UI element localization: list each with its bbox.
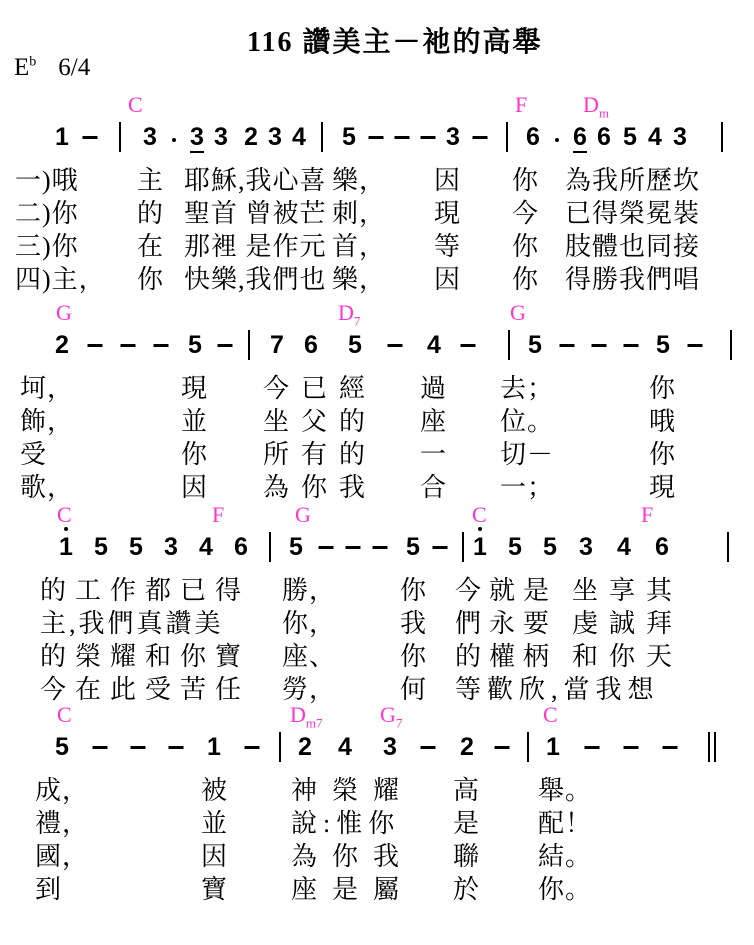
barline — [269, 532, 271, 562]
note-number: 5 — [623, 123, 637, 151]
lyric-row: 四)主，你快樂,我們也樂，因你得勝我們唱 — [0, 265, 754, 298]
lyric-token: 今在此受苦任 — [40, 675, 250, 705]
note-number: 3 — [446, 123, 460, 151]
sustain-dash — [433, 546, 448, 549]
note-number: 3 — [579, 533, 593, 561]
note-number: 5 — [55, 733, 69, 761]
sustain-dash — [461, 344, 476, 347]
lyric-token: 主,我們真讚美 — [40, 609, 224, 639]
sustain-dash — [346, 546, 361, 549]
lyric-token: 舉。 — [538, 776, 592, 806]
lyric-row: 今在此受苦任勞，何等歡欣,當我想 — [0, 675, 754, 708]
lyric-token: 耶穌,我心喜 — [184, 166, 327, 196]
barline — [279, 732, 281, 762]
chord-label: C — [543, 702, 558, 728]
lyric-token: 配！ — [538, 809, 592, 839]
lyric-token: 聖首 曾被芒 — [184, 199, 327, 229]
lyric-token: 合 — [420, 473, 447, 503]
chord-label: F — [212, 502, 224, 528]
note-number: 7 — [270, 331, 284, 359]
barline — [527, 732, 529, 762]
key-signature: Eb6/4 — [14, 54, 90, 82]
lyric-token: 過 — [420, 374, 447, 404]
chord-label: G7 — [380, 702, 402, 729]
lyric-token: 你 — [181, 440, 208, 470]
sustain-dash — [395, 136, 410, 139]
chord-label: Dm7 — [290, 702, 323, 729]
lyric-token: 已得榮冕裝 — [565, 199, 700, 229]
note-number: 6 — [234, 533, 248, 561]
note-number: 4 — [292, 123, 306, 151]
lyric-token: 並 — [201, 809, 228, 839]
chord-label: G — [510, 300, 526, 326]
lyric-token: 一)哦 — [15, 166, 79, 196]
notation-line: 25765455 — [0, 328, 754, 364]
dot-note — [555, 138, 559, 142]
lyric-token: 二)你 — [15, 199, 79, 229]
lyric-token: 國， — [35, 842, 89, 872]
lyric-token: 勝， — [282, 576, 336, 606]
note-number: 5 — [188, 331, 202, 359]
lyric-row: 到寶座是屬於你。 — [0, 875, 754, 908]
barline — [508, 330, 510, 360]
lyric-token: 勞， — [282, 675, 336, 705]
dot-note — [172, 138, 176, 142]
lyric-token: 你 — [512, 166, 539, 196]
chord-label: D7 — [338, 300, 360, 327]
lyric-token: 等 — [434, 232, 461, 262]
chord-label: F — [515, 92, 527, 118]
sustain-dash — [592, 344, 607, 347]
lyric-token: 我 — [400, 609, 427, 639]
lyric-token: 結。 — [538, 842, 592, 872]
sustain-dash — [218, 344, 233, 347]
chord-label: C — [57, 702, 72, 728]
final-double-barline — [708, 732, 716, 762]
sustain-dash — [369, 136, 384, 139]
lyric-token: 等歡欣,當我想 — [455, 675, 660, 705]
lyric-token: 樂， — [332, 166, 386, 196]
note-number: 3 — [383, 733, 397, 761]
note-number: 4 — [338, 733, 352, 761]
chord-suffix: 7 — [396, 715, 403, 730]
sustain-dash — [388, 344, 403, 347]
note-number: 5 — [342, 123, 356, 151]
note-number: 2 — [244, 123, 258, 151]
octave-dot — [64, 527, 68, 531]
lyric-token: 的 — [137, 199, 164, 229]
lyric-token: 的權柄 — [455, 642, 557, 672]
lyric-token: 被 — [201, 776, 228, 806]
lyric-token: 快樂,我們也 — [184, 265, 327, 295]
note-number: 3 — [673, 123, 687, 151]
lyric-token: 寶 — [201, 875, 228, 905]
lyric-token: 你 — [649, 440, 676, 470]
lyric-token: 現 — [434, 199, 461, 229]
lyric-token: 你 — [512, 265, 539, 295]
chord-label: F — [641, 502, 653, 528]
note-number: 6 — [573, 123, 587, 153]
lyric-token: 去； — [500, 374, 554, 404]
lyric-row: 的榮耀和你寶座、你的權柄和你天 — [0, 642, 754, 675]
notation-line: 133323453666543 — [0, 120, 754, 156]
chord-label: Dm — [583, 92, 609, 119]
lyric-token: 於 — [453, 875, 480, 905]
note-number: 5 — [129, 533, 143, 561]
lyric-token: 你 — [137, 265, 164, 295]
hymn-title: 116 讚美主－祂的高舉 — [247, 20, 542, 60]
lyric-token: 三)你 — [15, 232, 79, 262]
lyric-token: 四)主， — [15, 265, 106, 295]
sustain-dash — [495, 746, 510, 749]
lyric-token: 在 — [137, 232, 164, 262]
chord-label: C — [57, 502, 72, 528]
note-number: 5 — [508, 533, 522, 561]
lyric-token: 主 — [137, 166, 164, 196]
note-number: 3 — [268, 123, 282, 151]
sustain-dash — [688, 344, 703, 347]
lyric-row: 國，因為你我聯結。 — [0, 842, 754, 875]
lyric-token: 首， — [332, 232, 386, 262]
lyric-token: 切－ — [500, 440, 554, 470]
lyric-row: 坷，現今已經過去；你 — [0, 374, 754, 407]
note-number: 2 — [460, 733, 474, 761]
sustain-dash — [473, 136, 488, 139]
chord-suffix: 7 — [354, 313, 361, 328]
lyric-token: 一； — [500, 473, 554, 503]
lyric-token: 禮， — [35, 809, 89, 839]
sustain-dash — [88, 344, 103, 347]
note-number: 4 — [427, 331, 441, 359]
barline — [506, 122, 508, 152]
lyric-row: 的工作都已得勝，你今就是坐享其 — [0, 576, 754, 609]
lyric-token: 為你我 — [263, 473, 377, 503]
lyric-token: 因 — [201, 842, 228, 872]
chord-suffix: m7 — [306, 715, 323, 730]
sustain-dash — [585, 746, 600, 749]
note-number: 2 — [298, 733, 312, 761]
note-number: 2 — [55, 331, 69, 359]
lyric-row: 受你所有的一切－你 — [0, 440, 754, 473]
chord-label: C — [472, 502, 487, 528]
sustain-dash — [154, 344, 169, 347]
barline — [721, 122, 723, 152]
lyric-token: 飾， — [20, 407, 74, 437]
note-number: 1 — [55, 123, 69, 151]
lyric-token: 今就是 — [455, 576, 557, 606]
note-number: 5 — [348, 331, 362, 359]
sustain-dash — [373, 546, 388, 549]
note-number: 3 — [190, 123, 204, 153]
lyric-token: 那裡 是作元 — [184, 232, 327, 262]
sustain-dash — [663, 746, 678, 749]
lyric-token: 何 — [400, 675, 427, 705]
lyric-row: 禮，並說:惟你是配！ — [0, 809, 754, 842]
notation-line: 15534655155346 — [0, 530, 754, 566]
sustain-dash — [624, 746, 639, 749]
note-number: 5 — [528, 331, 542, 359]
note-number: 5 — [656, 331, 670, 359]
note-number: 3 — [164, 533, 178, 561]
lyric-token: 高 — [453, 776, 480, 806]
lyric-token: 受 — [20, 440, 47, 470]
sustain-dash — [319, 546, 334, 549]
lyric-token: 說:惟你 — [291, 809, 400, 839]
chord-suffix: m — [599, 105, 609, 120]
lyric-token: 為我所歷坎 — [565, 166, 700, 196]
note-number: 6 — [304, 331, 318, 359]
lyric-token: 你 — [512, 232, 539, 262]
sustain-dash — [560, 344, 575, 347]
note-number: 6 — [597, 123, 611, 151]
note-number: 5 — [289, 533, 303, 561]
lyric-token: 到 — [35, 875, 62, 905]
lyric-token: 你。 — [538, 875, 592, 905]
note-number: 6 — [655, 533, 669, 561]
lyric-row: 成，被神榮耀高舉。 — [0, 776, 754, 809]
lyric-token: 現 — [649, 473, 676, 503]
lyric-token: 因 — [434, 265, 461, 295]
lyric-token: 坷， — [20, 374, 74, 404]
lyric-token: 聯 — [453, 842, 480, 872]
note-number: 4 — [199, 533, 213, 561]
lyric-token: 坐享其 — [572, 576, 683, 606]
lyric-token: 今已經 — [263, 374, 377, 404]
lyric-token: 今 — [512, 199, 539, 229]
lyric-token: 並 — [181, 407, 208, 437]
lyric-token: 現 — [181, 374, 208, 404]
note-number: 3 — [214, 123, 228, 151]
note-number: 3 — [143, 123, 157, 151]
barline — [730, 330, 732, 360]
sustain-dash — [421, 746, 436, 749]
lyric-token: 歌， — [20, 473, 74, 503]
lyric-row: 飾，並坐父的座位。哦 — [0, 407, 754, 440]
lyric-token: 刺， — [332, 199, 386, 229]
time-signature: 6/4 — [58, 54, 90, 81]
note-number: 1 — [473, 533, 487, 561]
chord-label: G — [295, 502, 311, 528]
lyric-token: 得勝我們唱 — [565, 265, 700, 295]
note-number: 4 — [617, 533, 631, 561]
lyric-token: 虔誠拜 — [572, 609, 683, 639]
lyric-token: 因 — [181, 473, 208, 503]
key-letter: E — [14, 54, 29, 81]
lyric-token: 你， — [282, 609, 336, 639]
lyric-row: 三)你在那裡 是作元首，等你肢體也同接 — [0, 232, 754, 265]
lyric-token: 你 — [400, 576, 427, 606]
note-number: 5 — [406, 533, 420, 561]
lyric-token: 的工作都已得 — [40, 576, 250, 606]
note-number: 5 — [543, 533, 557, 561]
barline — [119, 122, 121, 152]
sustain-dash — [624, 344, 639, 347]
lyric-token: 所有的 — [263, 440, 377, 470]
barline — [248, 330, 250, 360]
lyric-token: 你 — [400, 642, 427, 672]
lyric-token: 座、 — [282, 642, 336, 672]
note-number: 1 — [207, 733, 221, 761]
lyric-token: 的榮耀和你寶 — [40, 642, 250, 672]
lyric-row: 主,我們真讚美你，我們永要虔誠拜 — [0, 609, 754, 642]
sustain-dash — [245, 746, 260, 749]
barline — [321, 122, 323, 152]
hymn-sheet: 116 讚美主－祂的高舉 Eb6/4 CFDm133323453666543一)… — [0, 0, 754, 945]
lyric-token: 成， — [35, 776, 89, 806]
lyric-token: 你 — [649, 374, 676, 404]
notation-line: 5124321 — [0, 730, 754, 766]
lyric-token: 座 — [420, 407, 447, 437]
chord-label: G — [56, 300, 72, 326]
chord-label: C — [128, 92, 143, 118]
barline — [462, 532, 464, 562]
sustain-dash — [131, 746, 146, 749]
barline — [727, 532, 729, 562]
note-number: 1 — [59, 533, 73, 561]
lyric-token: 肢體也同接 — [565, 232, 700, 262]
lyric-token: 哦 — [649, 407, 676, 437]
note-number: 1 — [546, 733, 560, 761]
note-number: 5 — [94, 533, 108, 561]
lyric-token: 神榮耀 — [291, 776, 414, 806]
sustain-dash — [121, 344, 136, 347]
key-accidental: b — [29, 55, 36, 70]
sustain-dash — [421, 136, 436, 139]
lyric-token: 坐父的 — [263, 407, 377, 437]
note-number: 6 — [526, 123, 540, 151]
sustain-dash — [169, 746, 184, 749]
lyric-token: 因 — [434, 166, 461, 196]
lyric-token: 們永要 — [455, 609, 557, 639]
lyric-token: 是 — [453, 809, 480, 839]
lyric-token: 座是屬 — [291, 875, 414, 905]
lyric-token: 樂， — [332, 265, 386, 295]
lyric-token: 和你天 — [572, 642, 683, 672]
sustain-dash — [83, 136, 98, 139]
lyric-token: 為你我 — [291, 842, 414, 872]
lyric-token: 一 — [420, 440, 447, 470]
lyric-row: 二)你的聖首 曾被芒刺，現今已得榮冕裝 — [0, 199, 754, 232]
sustain-dash — [93, 746, 108, 749]
note-number: 4 — [648, 123, 662, 151]
lyric-token: 位。 — [500, 407, 554, 437]
lyric-row: 一)哦主耶穌,我心喜樂，因你為我所歷坎 — [0, 166, 754, 199]
octave-dot — [478, 527, 482, 531]
